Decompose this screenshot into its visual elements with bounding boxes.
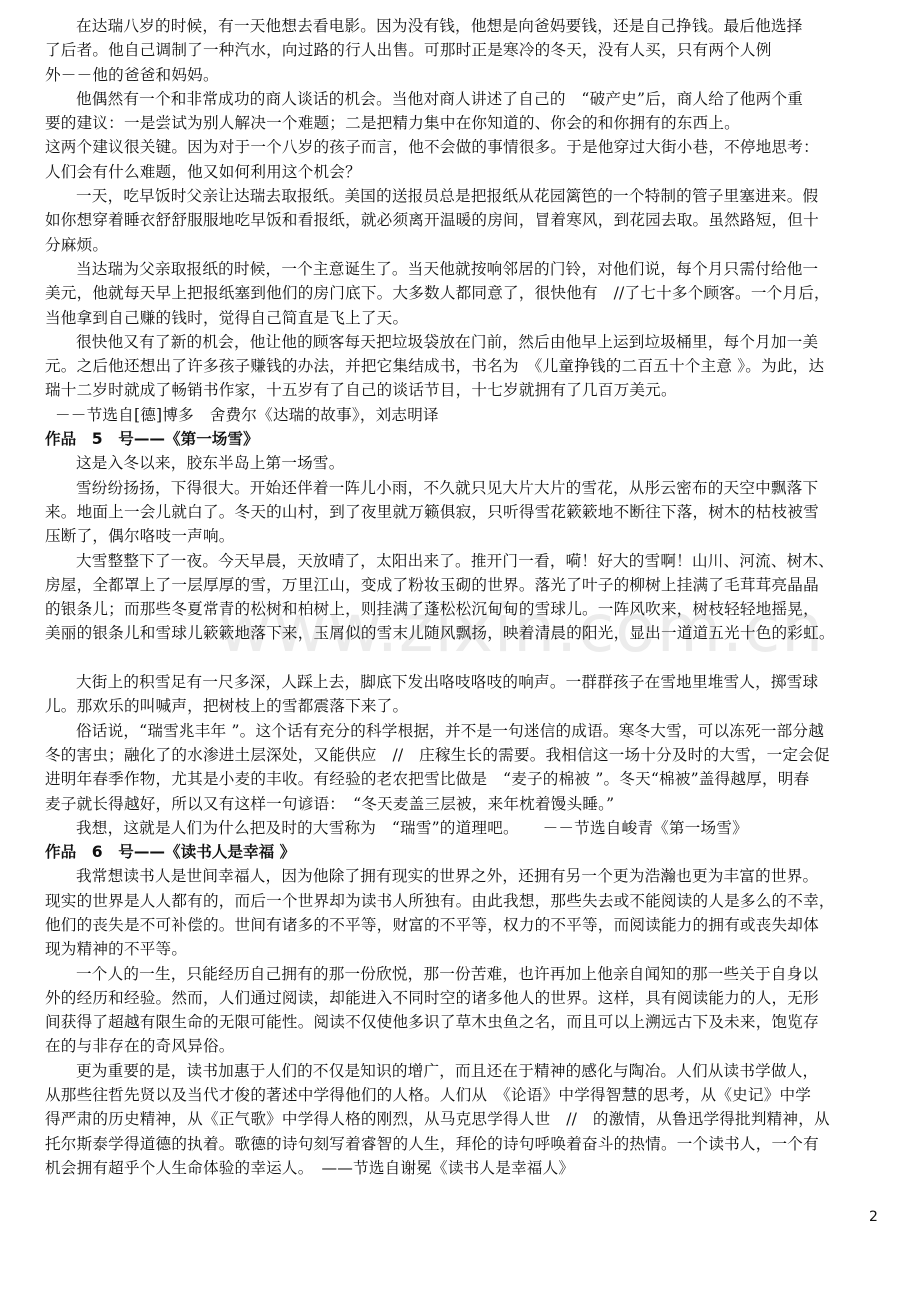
text-line: 从那些往哲先贤以及当代才俊的著述中学得他们的人格。人们从 《论语》中学得智慧的思… [45, 1083, 877, 1107]
text-line: 得严肃的历史精神，从《正气歌》中学得人格的刚烈，从马克思学得人世 // 的激情，… [45, 1107, 877, 1131]
text-line: 在达瑞八岁的时候，有一天他想去看电影。因为没有钱，他想是向爸妈要钱，还是自己挣钱… [45, 14, 877, 38]
text-line: 在的与非存在的奇风异俗。 [45, 1034, 877, 1058]
text-line: 美丽的银条儿和雪球儿簌簌地落下来，玉屑似的雪末儿随风飘扬，映着清晨的阳光，显出一… [45, 621, 877, 645]
text-line: 压断了，偶尔咯吱一声响。 [45, 524, 877, 548]
text-line: 元。之后他还想出了许多孩子赚钱的办法，并把它集结成书，书名为 《儿童挣钱的二百五… [45, 354, 877, 378]
text-line: 更为重要的是，读书加惠于人们的不仅是知识的增广，而且还在于精神的感化与陶冶。人们… [45, 1059, 877, 1083]
text-line: 当他拿到自己赚的钱时，觉得自己简直是飞上了天。 [45, 306, 877, 330]
text-line: 托尔斯泰学得道德的执着。歌德的诗句刻写着睿智的人生，拜伦的诗句呼唤着奋斗的热情。… [45, 1132, 877, 1156]
text-line: 一天，吃早饭时父亲让达瑞去取报纸。美国的送报员总是把报纸从花园篱笆的一个特制的管… [45, 184, 877, 208]
text-line: 间获得了超越有限生命的无限可能性。阅读不仅使他多识了草木虫鱼之名，而且可以上溯远… [45, 1010, 877, 1034]
text-line: 很快他又有了新的机会，他让他的顾客每天把垃圾袋放在门前，然后由他早上运到垃圾桶里… [45, 330, 877, 354]
blank-line [45, 646, 877, 670]
text-line: 麦子就长得越好，所以又有这样一句谚语： “冬天麦盖三层被，来年枕着馒头睡。” [45, 792, 877, 816]
text-line: 外－－他的爸爸和妈妈。 [45, 63, 877, 87]
text-line: 了后者。他自己调制了一种汽水，向过路的行人出售。可那时正是寒冷的冬天，没有人买，… [45, 38, 877, 62]
text-line: 这两个建议很关键。因为对于一个八岁的孩子而言，他不会做的事情很多。于是他穿过大街… [45, 135, 877, 159]
text-line: 我常想读书人是世间幸福人，因为他除了拥有现实的世界之外，还拥有另一个更为浩瀚也更… [45, 864, 877, 888]
text-line: 进明年春季作物，尤其是小麦的丰收。有经验的老农把雪比做是 “麦子的棉被 ”。冬天… [45, 767, 877, 791]
section-heading: 作品 5 号——《第一场雪》 [45, 427, 877, 451]
text-line: 冬的害虫；融化了的水渗进土层深处，又能供应 // 庄稼生长的需要。我相信这一场十… [45, 743, 877, 767]
document-page: 在达瑞八岁的时候，有一天他想去看电影。因为没有钱，他想是向爸妈要钱，还是自己挣钱… [45, 14, 877, 1180]
text-line: 他偶然有一个和非常成功的商人谈话的机会。当他对商人讲述了自己的 “破产史”后，商… [45, 87, 877, 111]
text-line: 瑞十二岁时就成了畅销书作家，十五岁有了自己的谈话节目，十七岁就拥有了几百万美元。 [45, 378, 877, 402]
text-line: 他们的丧失是不可补偿的。世间有诸多的不平等，财富的不平等，权力的不平等，而阅读能… [45, 913, 877, 937]
text-line: 儿。那欢乐的叫喊声，把树枝上的雪都震落下来了。 [45, 694, 877, 718]
text-line: 来。地面上一会儿就白了。冬天的山村，到了夜里就万籁俱寂，只听得雪花簌簌地不断往下… [45, 500, 877, 524]
text-line: 房屋，全都罩上了一层厚厚的雪，万里江山，变成了粉妆玉砌的世界。落光了叶子的柳树上… [45, 573, 877, 597]
text-line: 要的建议：一是尝试为别人解决一个难题；二是把精力集中在你知道的、你会的和你拥有的… [45, 111, 877, 135]
text-line: 分麻烦。 [45, 233, 877, 257]
text-line: 如你想穿着睡衣舒舒服服地吃早饭和看报纸，就必须离开温暖的房间，冒着寒风，到花园去… [45, 208, 877, 232]
text-line: 机会拥有超乎个人生命体验的幸运人。 ——节选自谢冕《读书人是幸福人》 [45, 1156, 877, 1180]
source-attribution: －－节选自[德]博多 舍费尔《达瑞的故事》，刘志明译 [45, 403, 877, 427]
text-line: 现为精神的不平等。 [45, 937, 877, 961]
text-line: 一个人的一生，只能经历自己拥有的那一份欣悦，那一份苦难，也许再加上他亲自闻知的那… [45, 962, 877, 986]
text-line: 当达瑞为父亲取报纸的时候，一个主意诞生了。当天他就按响邻居的门铃，对他们说，每个… [45, 257, 877, 281]
text-line: 雪纷纷扬扬，下得很大。开始还伴着一阵儿小雨，不久就只见大片大片的雪花，从彤云密布… [45, 476, 877, 500]
text-line: 大街上的积雪足有一尺多深，人踩上去，脚底下发出咯吱咯吱的响声。一群群孩子在雪地里… [45, 670, 877, 694]
text-line: 美元，他就每天早上把报纸塞到他们的房门底下。大多数人都同意了，很快他有 //了七… [45, 281, 877, 305]
section-heading: 作品 6 号——《读书人是幸福 》 [45, 840, 877, 864]
text-line: 这是入冬以来，胶东半岛上第一场雪。 [45, 451, 877, 475]
text-line: 的银条儿；而那些冬夏常青的松树和柏树上，则挂满了蓬松松沉甸甸的雪球儿。一阵风吹来… [45, 597, 877, 621]
text-line: 人们会有什么难题，他又如何利用这个机会？ [45, 160, 877, 184]
text-line: 俗话说，“瑞雪兆丰年 ”。这个话有充分的科学根据，并不是一句迷信的成语。寒冬大雪… [45, 719, 877, 743]
text-line: 现实的世界是人人都有的，而后一个世界却为读书人所独有。由此我想，那些失去或不能阅… [45, 889, 877, 913]
page-number: 2 [869, 1209, 878, 1225]
text-line: 外的经历和经验。然而，人们通过阅读，却能进入不同时空的诸多他人的世界。这样，具有… [45, 986, 877, 1010]
text-line: 大雪整整下了一夜。今天早晨，天放晴了，太阳出来了。推开门一看，嗬！好大的雪啊！山… [45, 549, 877, 573]
text-line: 我想，这就是人们为什么把及时的大雪称为 “瑞雪”的道理吧。 －－节选自峻青《第一… [45, 816, 877, 840]
